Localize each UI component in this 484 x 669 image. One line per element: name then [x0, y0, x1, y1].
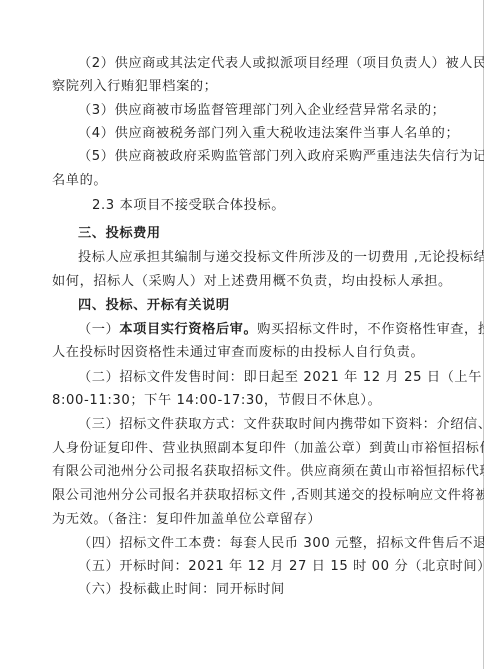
- paragraph-line: 人身份证复印件、营业执照副本复印件（加盖公章）到黄山市裕恒招标代理: [52, 440, 448, 458]
- paragraph-line: （3）供应商被市场监督管理部门列入企业经营异常名录的；: [78, 102, 474, 120]
- paragraph-line: 有限公司池州分公司报名获取招标文件。供应商须在黄山市裕恒招标代理有: [52, 463, 448, 481]
- paragraph-line: 名单的。: [52, 172, 448, 190]
- paragraph-line: （5）供应商被政府采购监管部门列入政府采购严重违法失信行为记录: [78, 148, 474, 166]
- paragraph-line: （二）招标文件发售时间：即日起至 2021 年 12 月 25 日（上午: [78, 369, 474, 387]
- paragraph-line: （4）供应商被税务部门列入重大税收违法案件当事人名单的；: [78, 125, 474, 143]
- document-page: （2）供应商或其法定代表人或拟派项目经理（项目负责人）被人民检 察院列入行贿犯罪…: [0, 0, 484, 669]
- clause-2-3: 2.3 本项目不接受联合体投标。: [92, 197, 484, 215]
- paragraph-line: （三）招标文件获取方式：文件获取时间内携带如下资料：介绍信、法: [78, 416, 474, 434]
- item-rest: 购买招标文件时，不作资格性审查，投标: [257, 322, 484, 337]
- section-heading-bid-costs: 三、投标费用: [78, 225, 474, 243]
- paragraph-line: 如何，招标人（采购人）对上述费用概不负责，均由投标人承担。: [52, 273, 448, 291]
- paragraph-line: 8:00-11:30；下午 14:00-17:30，节假日不休息）。: [52, 392, 448, 410]
- item-prefix: （一）: [78, 322, 119, 337]
- section-heading-bid-opening: 四、投标、开标有关说明: [78, 297, 474, 315]
- paragraph-line: （一）本项目实行资格后审。购买招标文件时，不作资格性审查，投标: [78, 321, 474, 339]
- paragraph-line: （五）开标时间：2021 年 12 月 27 日 15 时 00 分（北京时间）…: [78, 558, 474, 576]
- paragraph-line: 为无效。（备注：复印件加盖单位公章留存）: [52, 511, 448, 529]
- paragraph-line: 人在投标时因资格性未通过审查而废标的由投标人自行负责。: [52, 344, 448, 362]
- paragraph-line: 限公司池州分公司报名并获取招标文件 ,否则其递交的投标响应文件将被视: [52, 487, 448, 505]
- paragraph-line: （六）投标截止时间：同开标时间: [78, 581, 474, 599]
- paragraph-line: （2）供应商或其法定代表人或拟派项目经理（项目负责人）被人民检: [78, 55, 474, 73]
- bold-statement: 本项目实行资格后审。: [119, 322, 257, 337]
- paragraph-line: 察院列入行贿犯罪档案的；: [52, 78, 448, 96]
- paragraph-line: （四）招标文件工本费：每套人民币 300 元整，招标文件售后不退。: [78, 535, 474, 553]
- paragraph-line: 投标人应承担其编制与递交投标文件所涉及的一切费用 ,无论投标结果: [78, 249, 474, 267]
